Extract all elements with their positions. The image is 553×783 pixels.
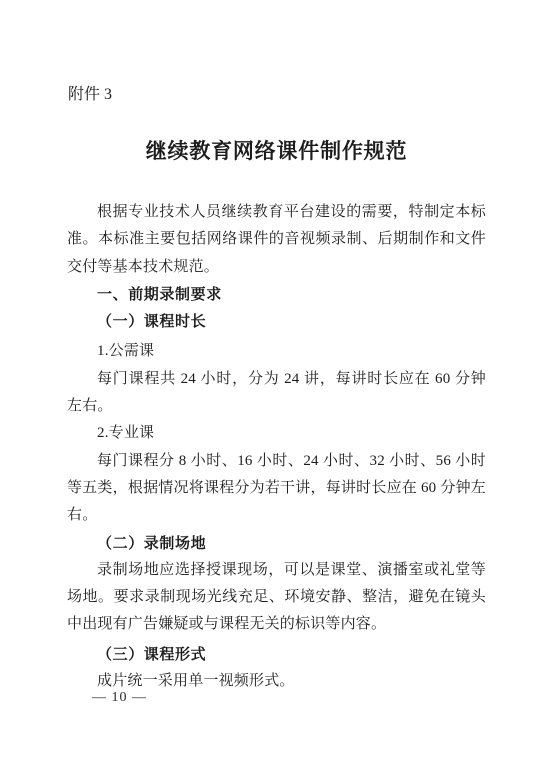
page-number: — 10 — [92, 690, 147, 706]
intro-paragraph: 根据专业技术人员继续教育平台建设的需要，特制定本标准。本标准主要包括网络课件的音… [67, 199, 486, 281]
list-item-public-course: 1.公需课 [67, 338, 486, 365]
public-course-paragraph: 每门课程共 24 小时，分为 24 讲，每讲时长应在 60 分钟左右。 [67, 366, 486, 421]
subsection-heading-course-duration: （一）课程时长 [67, 308, 486, 335]
attachment-label: 附件 3 [68, 85, 486, 105]
professional-course-paragraph: 每门课程分 8 小时、16 小时、24 小时、32 小时、56 小时等五类，根据… [67, 448, 486, 530]
document-page: 附件 3 继续教育网络课件制作规范 根据专业技术人员继续教育平台建设的需要，特制… [0, 0, 553, 783]
document-title: 继续教育网络课件制作规范 [67, 136, 486, 166]
document-body: 根据专业技术人员继续教育平台建设的需要，特制定本标准。本标准主要包括网络课件的音… [67, 199, 486, 695]
subsection-heading-recording-venue: （二）录制场地 [67, 530, 486, 557]
recording-venue-paragraph: 录制场地应选择授课现场，可以是课堂、演播室或礼堂等场地。要求录制现场光线充足、环… [67, 557, 486, 639]
subsection-heading-course-format: （三）课程形式 [67, 641, 486, 668]
section-heading-recording-requirements: 一、前期录制要求 [67, 281, 486, 308]
list-item-professional-course: 2.专业课 [67, 420, 486, 447]
